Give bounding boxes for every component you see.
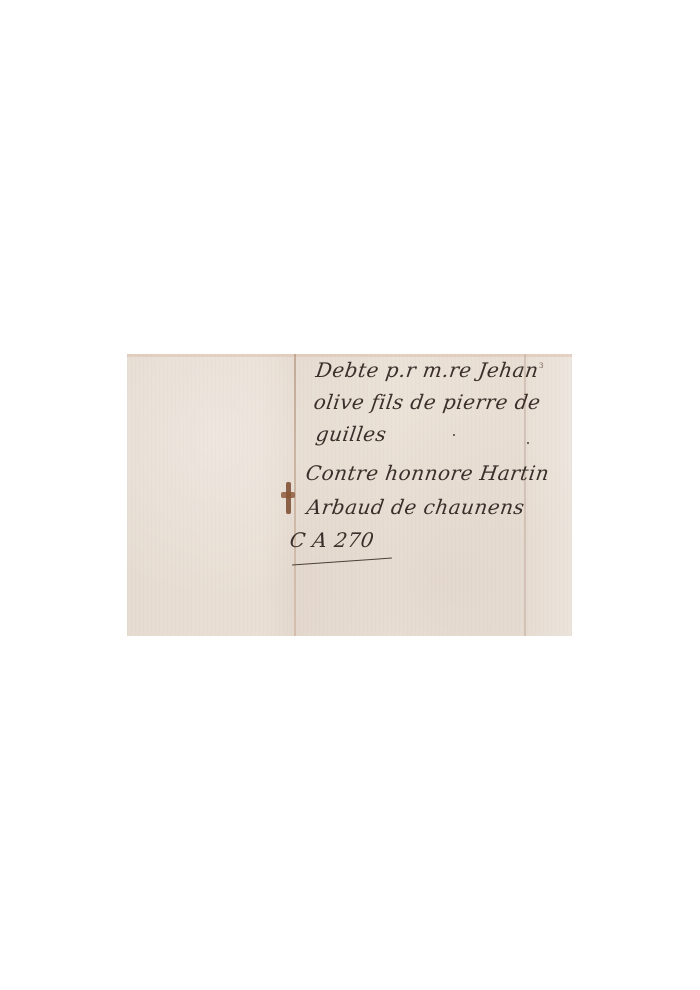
- signature-underline: [292, 558, 392, 566]
- handwritten-line-3: guilles: [314, 422, 388, 446]
- ink-stain-cross: [281, 482, 295, 514]
- corner-mark: 3: [539, 362, 543, 370]
- handwritten-line-5: Arbaud de chaunens: [305, 495, 526, 519]
- manuscript-page: Debte p.r m.re Jehan olive fils de pierr…: [127, 354, 572, 636]
- handwritten-line-1: Debte p.r m.re Jehan: [314, 358, 540, 382]
- paper-top-edge: [127, 354, 572, 357]
- handwritten-line-2: olive fils de pierre de: [312, 390, 542, 414]
- ink-dot: [527, 442, 529, 444]
- handwritten-line-4: Contre honnore Hartin: [304, 461, 551, 485]
- ink-dot: [453, 434, 455, 436]
- handwritten-line-6: C A 270: [288, 528, 376, 552]
